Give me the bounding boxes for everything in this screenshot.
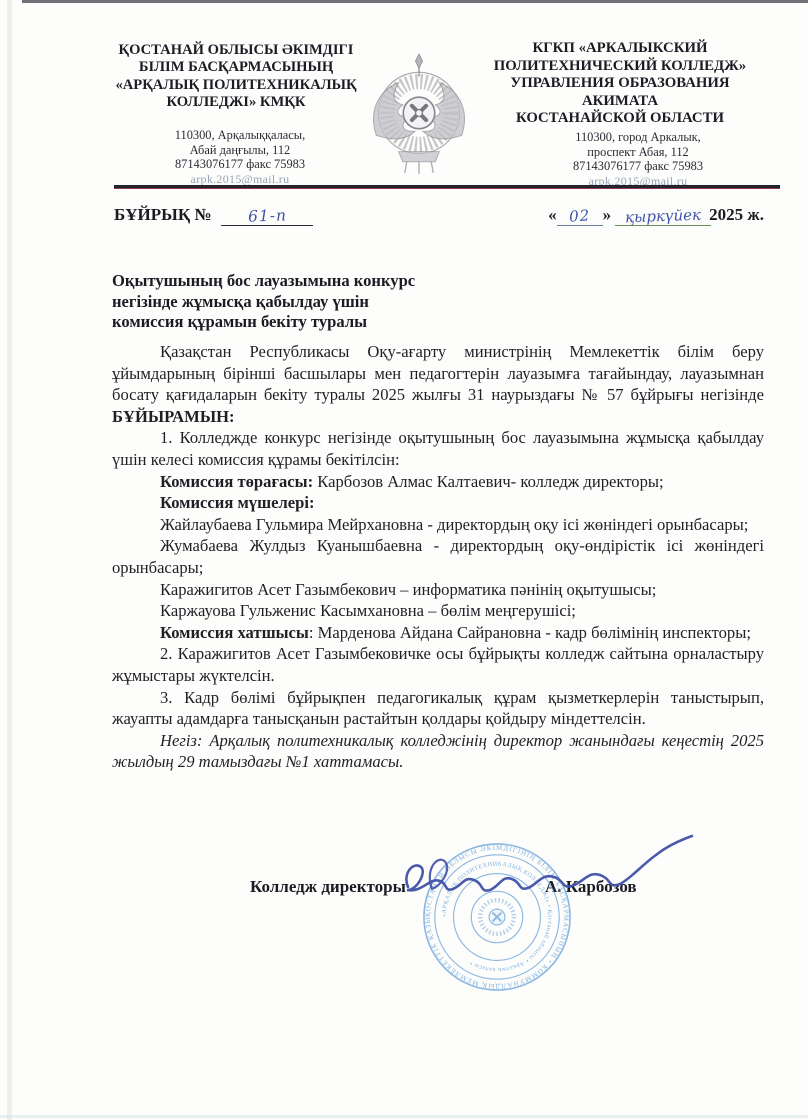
org-name-line: «АРҚАЛЫҚ ПОЛИТЕХНИКАЛЫҚ [110, 77, 362, 94]
order-number-line: БҰЙРЫҚ №61-п «02»қыркүйек2025 ж. [114, 205, 764, 235]
scanned-order-document: ҚОСТАНАЙ ОБЛЫСЫ ӘКІМДІГІБІЛІМ БАСҚАРМАСЫ… [0, 0, 808, 1120]
order-number-field: 61-п [221, 205, 313, 226]
text-segment: БҰЙЫРАМЫН: [112, 407, 235, 426]
order-paragraph: 1. Колледжде конкурс негізінде оқытушыны… [112, 427, 764, 470]
org-name-line: АКИМАТА [452, 93, 788, 111]
order-date: «02»қыркүйек2025 ж. [548, 205, 764, 226]
address-line: проспект Абая, 112 [528, 145, 748, 160]
order-title: Оқытушының бос лауазымына конкурснегізін… [112, 271, 532, 333]
order-title-line: негізінде жұмысқа қабылдау үшін [112, 292, 532, 313]
text-segment: Комиссия мүшелері: [160, 493, 314, 512]
text-segment: Каражигитов Асет Газымбекович – информат… [160, 580, 656, 599]
month-field: қыркүйек [615, 205, 711, 226]
order-paragraph: Жайлаубаева Гульмира Мейрхановна - дирек… [112, 514, 764, 536]
text-segment: Қазақстан Республикасы Оқу-ағарту минист… [112, 342, 764, 404]
org-name-line: КОСТАНАЙСКОЙ ОБЛАСТИ [452, 110, 788, 128]
address-lines: 110300, Арқалыққаласы,Абай даңғылы, 1128… [140, 128, 340, 172]
address-line: Абай даңғылы, 112 [140, 143, 340, 158]
order-paragraph: Қазақстан Республикасы Оқу-ағарту минист… [112, 341, 764, 427]
text-segment: Комиссия төрағасы: [160, 472, 313, 491]
header-divider-rule [114, 185, 780, 189]
handwritten-day: 02 [569, 206, 591, 225]
order-paragraph: Каржауова Гульженис Касымхановна – бөлім… [112, 600, 764, 622]
close-quote: » [603, 205, 612, 224]
open-quote: « [548, 205, 557, 224]
order-paragraph: Каражигитов Асет Газымбекович – информат… [112, 579, 764, 601]
org-name-russian: КГКП «АРКАЛЫКСКИЙПОЛИТЕХНИЧЕСКИЙ КОЛЛЕДЖ… [452, 40, 788, 128]
handwritten-month: қыркүйек [625, 206, 701, 227]
org-name-line: КОЛЛЕДЖІ» КМҚК [110, 94, 362, 111]
text-segment: 3. Кадр бөлімі бұйрықпен педагогикалық қ… [112, 688, 764, 729]
text-segment: Жайлаубаева Гульмира Мейрхановна - дирек… [160, 515, 748, 534]
address-block-kazakh: 110300, Арқалыққаласы,Абай даңғылы, 1128… [140, 128, 340, 186]
text-segment: Каржауова Гульженис Касымхановна – бөлім… [160, 601, 576, 620]
order-label: БҰЙРЫҚ № [114, 205, 211, 225]
order-paragraph: Комиссия төрағасы: Карбозов Алмас Калтае… [112, 471, 764, 493]
address-line: 87143076177 факс 75983 [528, 159, 748, 174]
text-segment: : Марденова Айдана Сайрановна - кадр бөл… [309, 623, 751, 642]
scan-edge-bottom [0, 1115, 808, 1118]
order-paragraph: 3. Кадр бөлімі бұйрықпен педагогикалық қ… [112, 687, 764, 730]
address-block-russian: 110300, город Аркалык,проспект Абая, 112… [528, 130, 748, 188]
text-segment: Карбозов Алмас Калтаевич- колледж директ… [313, 472, 664, 491]
address-line: 110300, город Аркалык, [528, 130, 748, 145]
org-name-line: КГКП «АРКАЛЫКСКИЙ [452, 40, 788, 58]
org-name-line: УПРАВЛЕНИЯ ОБРАЗОВАНИЯ [452, 75, 788, 93]
order-paragraph: Комиссия хатшысы: Марденова Айдана Сайра… [112, 622, 764, 644]
org-name-kazakh: ҚОСТАНАЙ ОБЛЫСЫ ӘКІМДІГІБІЛІМ БАСҚАРМАСЫ… [110, 42, 362, 112]
order-title-line: комиссия құрамын бекіту туралы [112, 312, 532, 333]
address-line: 87143076177 факс 75983 [140, 157, 340, 172]
order-body: Қазақстан Республикасы Оқу-ағарту минист… [112, 341, 764, 773]
text-segment: Комиссия хатшысы [160, 623, 309, 642]
order-paragraph: Негіз: Арқалық политехникалық колледжіні… [112, 730, 764, 773]
order-paragraph: Комиссия мүшелері: [112, 492, 764, 514]
text-segment: 1. Колледжде конкурс негізінде оқытушыны… [112, 428, 764, 469]
order-paragraph: 2. Каражигитов Асет Газымбековичке осы б… [112, 643, 764, 686]
order-paragraph: Жумабаева Жулдыз Куанышбаевна - директор… [112, 535, 764, 578]
handwritten-order-number: 61-п [248, 206, 288, 225]
day-field: 02 [557, 205, 603, 226]
text-segment: 2. Каражигитов Асет Газымбековичке осы б… [112, 644, 764, 685]
year-text: 2025 ж. [709, 205, 764, 224]
address-lines: 110300, город Аркалык,проспект Абая, 112… [528, 130, 748, 174]
signer-role: Колледж директоры [250, 877, 406, 897]
scan-edge-left [7, 0, 12, 1120]
order-title-line: Оқытушының бос лауазымына конкурс [112, 271, 532, 292]
org-name-line: ПОЛИТЕХНИЧЕСКИЙ КОЛЛЕДЖ» [452, 58, 788, 76]
org-name-line: БІЛІМ БАСҚАРМАСЫНЫҢ [110, 59, 362, 76]
scan-edge-top [22, 0, 808, 3]
handwritten-signature-icon [398, 833, 698, 901]
text-segment: Негіз: Арқалық политехникалық колледжіні… [112, 731, 764, 772]
address-line: 110300, Арқалыққаласы, [140, 128, 340, 143]
org-name-line: ҚОСТАНАЙ ОБЛЫСЫ ӘКІМДІГІ [110, 42, 362, 59]
text-segment: Жумабаева Жулдыз Куанышбаевна - директор… [112, 536, 764, 577]
